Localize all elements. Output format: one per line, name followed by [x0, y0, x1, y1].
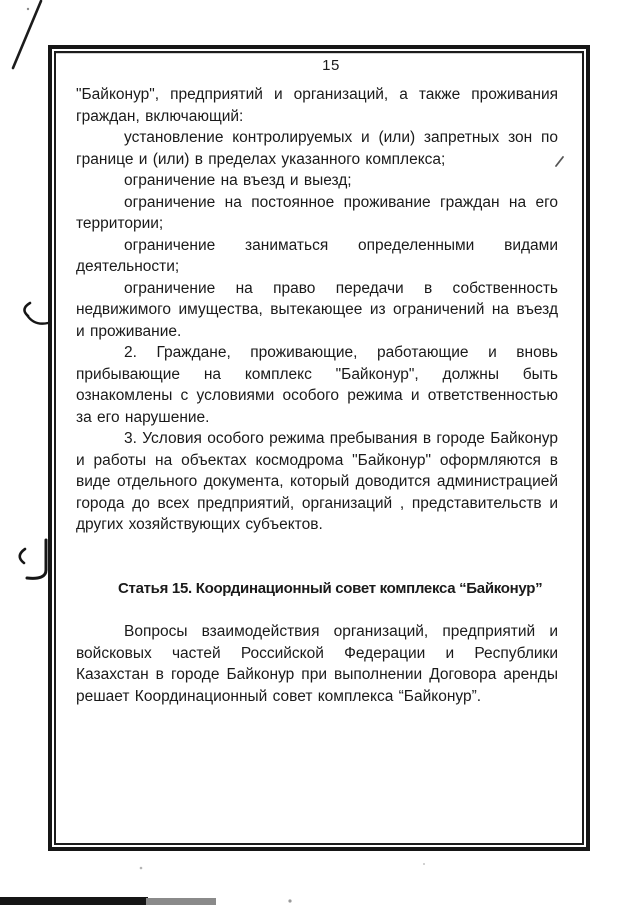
page-curl-mark-upper — [24, 303, 30, 316]
scan-edge-bar-fade — [146, 898, 216, 905]
scan-edge-bar — [0, 897, 148, 905]
numbered-paragraph-2: 2. Граждане, проживающие, работающие и в… — [76, 342, 558, 428]
speck — [27, 8, 29, 10]
page-border-frame: 15 "Байконур", предприятий и организаций… — [48, 45, 590, 851]
paragraph-continuation: "Байконур", предприятий и организаций, а… — [76, 84, 558, 127]
page-curl-mark-lower-foot — [27, 540, 46, 578]
list-item-paragraph: установление контролируемых и (или) запр… — [76, 127, 558, 170]
page-curl-mark-upper-sweep — [27, 315, 48, 324]
article-heading: Статья 15. Координационный совет комплек… — [76, 578, 558, 600]
list-item-paragraph: ограничение заниматься определенными вид… — [76, 235, 558, 278]
page-number: 15 — [90, 57, 572, 75]
closing-paragraph: Вопросы взаимодействия организаций, пред… — [76, 621, 558, 707]
scratch-mark — [13, 1, 41, 68]
list-item-paragraph: ограничение на въезд и выезд; — [76, 170, 558, 192]
speck — [288, 899, 291, 902]
list-item-paragraph: ограничение на право передачи в собствен… — [76, 278, 558, 343]
page-content: 15 "Байконур", предприятий и организаций… — [52, 49, 586, 847]
speck — [140, 867, 143, 870]
list-item-paragraph: ограничение на постоянное проживание гра… — [76, 192, 558, 235]
numbered-paragraph-3: 3. Условия особого режима пребывания в г… — [76, 428, 558, 536]
speck — [423, 863, 425, 865]
page-curl-mark-lower — [20, 549, 25, 563]
document-body: "Байконур", предприятий и организаций, а… — [76, 84, 558, 707]
